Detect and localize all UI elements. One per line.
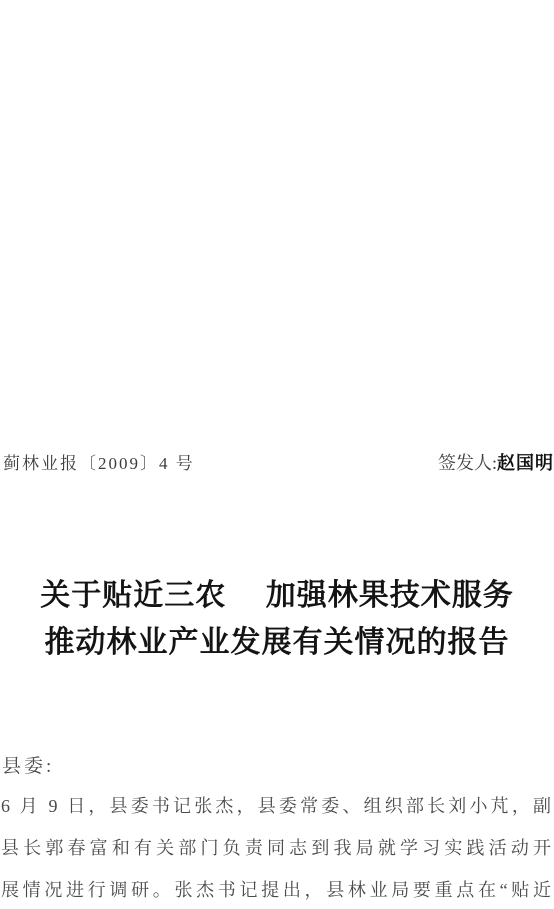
document-page: 蓟林业报〔2009〕4 号 签发人:赵国明 关于贴近三农 加强林果技术服务 推动…	[0, 0, 554, 909]
issuer-block: 签发人:赵国明	[438, 450, 554, 477]
document-title-line-1: 关于贴近三农 加强林果技术服务	[0, 572, 554, 619]
salutation: 县委:	[2, 752, 54, 782]
issuer-name: 赵国明	[497, 453, 554, 473]
paragraph-line: 展情况进行调研。张杰书记提出，县林业局要重点在“贴近	[1, 869, 553, 909]
issuer-label: 签发人:	[438, 453, 497, 473]
document-number: 蓟林业报〔2009〕4 号	[3, 450, 195, 477]
document-title-line-2: 推动林业产业发展有关情况的报告	[0, 619, 554, 666]
paragraph-line: 县长郭春富和有关部门负责同志到我局就学习实践活动开	[1, 827, 553, 869]
body-paragraph: 6 月 9 日，县委书记张杰，县委常委、组织部长刘小芃，副 县长郭春富和有关部门…	[1, 785, 553, 909]
document-title: 关于贴近三农 加强林果技术服务 推动林业产业发展有关情况的报告	[0, 572, 554, 666]
paragraph-line: 6 月 9 日，县委书记张杰，县委常委、组织部长刘小芃，副	[1, 785, 553, 827]
document-header-row: 蓟林业报〔2009〕4 号 签发人:赵国明	[3, 450, 554, 477]
